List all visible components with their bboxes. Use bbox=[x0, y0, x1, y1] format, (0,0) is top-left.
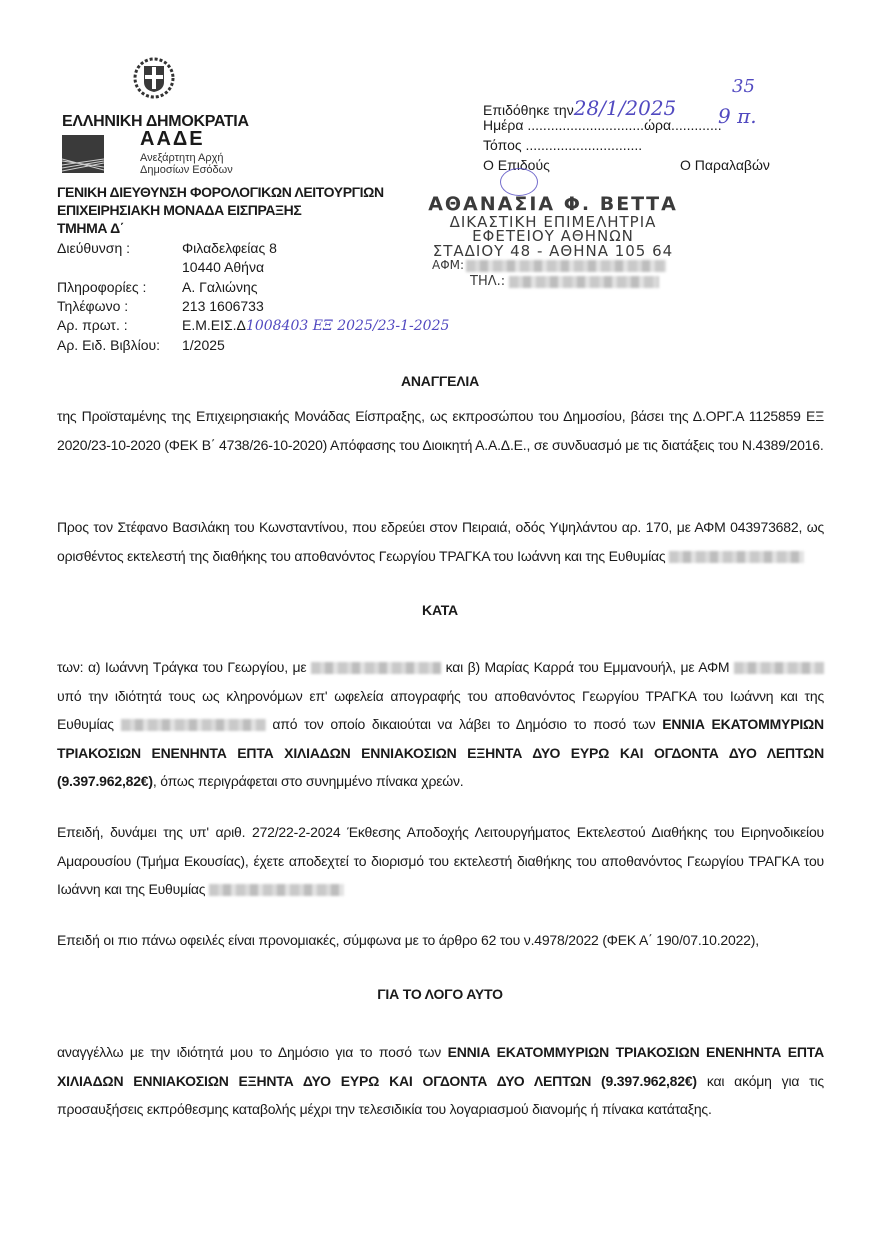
protocol-label: Αρ. πρωτ. : bbox=[57, 317, 128, 333]
hour-minutes-handwritten: 35 bbox=[732, 76, 755, 97]
day-label: Ημέρα .............................. bbox=[483, 117, 644, 133]
debtors-text-d: από τον οποίο δικαιούται να λάβει το Δημ… bbox=[272, 716, 655, 732]
executor-text: Επειδή, δυνάμει της υπ' αριθ. 272/22-2-2… bbox=[57, 824, 824, 897]
paragraph-priority: Επειδή οι πιο πάνω οφειλές είναι προνομι… bbox=[57, 926, 824, 955]
protocol-value: Ε.Μ.ΕΙΣ.Δ1008403 ΕΞ 2025/23-1-2025 bbox=[182, 317, 449, 334]
paragraph-authority: της Προϊσταμένης της Επιχειρησιακής Μονά… bbox=[57, 402, 824, 459]
greek-coat-of-arms-icon bbox=[132, 56, 176, 100]
stamp-tel: ΤΗΛ.: bbox=[470, 274, 659, 289]
redacted-afm-2 bbox=[734, 662, 824, 674]
stamp-afm-label: ΑΦΜ: bbox=[432, 258, 464, 272]
announcement-text-a: αναγγέλλω με την ιδιότητά μου το Δημόσιο… bbox=[57, 1044, 441, 1060]
against-heading: ΚΑΤΑ bbox=[40, 602, 840, 618]
phone-label: Τηλέφωνο : bbox=[57, 298, 128, 314]
receiver-label: Ο Παραλαβών bbox=[680, 157, 770, 173]
unit-name: ΕΠΙΧΕΙΡΗΣΙΑΚΗ ΜΟΝΑΔΑ ΕΙΣΠΡΑΞΗΣ bbox=[57, 202, 301, 218]
debtors-text-a: των: α) Ιωάννη Τράγκα του Γεωργίου, με bbox=[57, 659, 306, 675]
paragraph-debtors: των: α) Ιωάννη Τράγκα του Γεωργίου, με κ… bbox=[57, 653, 824, 796]
phone-value: 213 1606733 bbox=[182, 298, 264, 314]
protocol-handwritten: 1008403 ΕΞ 2025/23-1-2025 bbox=[246, 318, 449, 334]
redacted-phone bbox=[509, 276, 659, 288]
redacted-surname-3 bbox=[209, 884, 344, 896]
address-city-value: 10440 Αθήνα bbox=[182, 259, 264, 275]
signature-mark bbox=[500, 168, 538, 196]
reason-heading: ΓΙΑ ΤΟ ΛΟΓΟ ΑΥΤΟ bbox=[40, 986, 840, 1002]
document-title: ΑΝΑΓΓΕΛΙΑ bbox=[40, 373, 840, 389]
aade-logo-icon bbox=[62, 135, 104, 173]
paragraph-executor: Επειδή, δυνάμει της υπ' αριθ. 272/22-2-2… bbox=[57, 818, 824, 904]
redacted-surname bbox=[669, 551, 804, 563]
address-label: Διεύθυνση : bbox=[57, 240, 130, 256]
address-value: Φιλαδελφείας 8 bbox=[182, 240, 277, 256]
aade-title: ΑΑΔΕ bbox=[140, 128, 205, 151]
redacted-afm-1 bbox=[311, 662, 441, 674]
directorate-name: ΓΕΝΙΚΗ ΔΙΕΥΘΥΝΣΗ ΦΟΡΟΛΟΓΙΚΩΝ ΛΕΙΤΟΥΡΓΙΩΝ bbox=[57, 184, 384, 200]
book-number-label: Αρ. Ειδ. Βιβλίου: bbox=[57, 337, 160, 353]
protocol-prefix: Ε.Μ.ΕΙΣ.Δ bbox=[182, 317, 246, 333]
department-name: ΤΜΗΜΑ Δ΄ bbox=[57, 220, 124, 236]
day-hour-line: Ημέρα ..............................ώρα.… bbox=[483, 117, 722, 133]
hour-label: ώρα............. bbox=[644, 117, 722, 133]
aade-subtitle-1: Ανεξάρτητη Αρχή bbox=[140, 152, 224, 164]
redacted-afm bbox=[466, 260, 666, 272]
place-label: Τόπος .............................. bbox=[483, 137, 642, 153]
stamp-name: ΑΘΑΝΑΣΙΑ Φ. ΒΕΤΤΑ bbox=[423, 193, 683, 215]
debtors-text-b: και β) Μαρίας Καρρά του Εμμανουήλ, με ΑΦ… bbox=[446, 659, 730, 675]
info-value: Α. Γαλιώνης bbox=[182, 279, 258, 295]
hour-handwritten: 9 π. bbox=[718, 104, 757, 128]
debtors-text-e: , όπως περιγράφεται στο συνημμένο πίνακα… bbox=[153, 773, 464, 789]
stamp-tel-label: ΤΗΛ.: bbox=[470, 274, 505, 289]
stamp-afm: ΑΦΜ: bbox=[432, 258, 666, 272]
paragraph-announcement: αναγγέλλω με την ιδιότητά μου το Δημόσιο… bbox=[57, 1038, 824, 1124]
delivered-label: Επιδόθηκε την bbox=[483, 102, 574, 118]
aade-subtitle-2: Δημοσίων Εσόδων bbox=[140, 164, 233, 176]
paragraph-recipient: Προς τον Στέφανο Βασιλάκη του Κωνσταντίν… bbox=[57, 513, 824, 570]
book-number-value: 1/2025 bbox=[182, 337, 225, 353]
info-label: Πληροφορίες : bbox=[57, 279, 146, 295]
redacted-surname-2 bbox=[121, 719, 266, 731]
